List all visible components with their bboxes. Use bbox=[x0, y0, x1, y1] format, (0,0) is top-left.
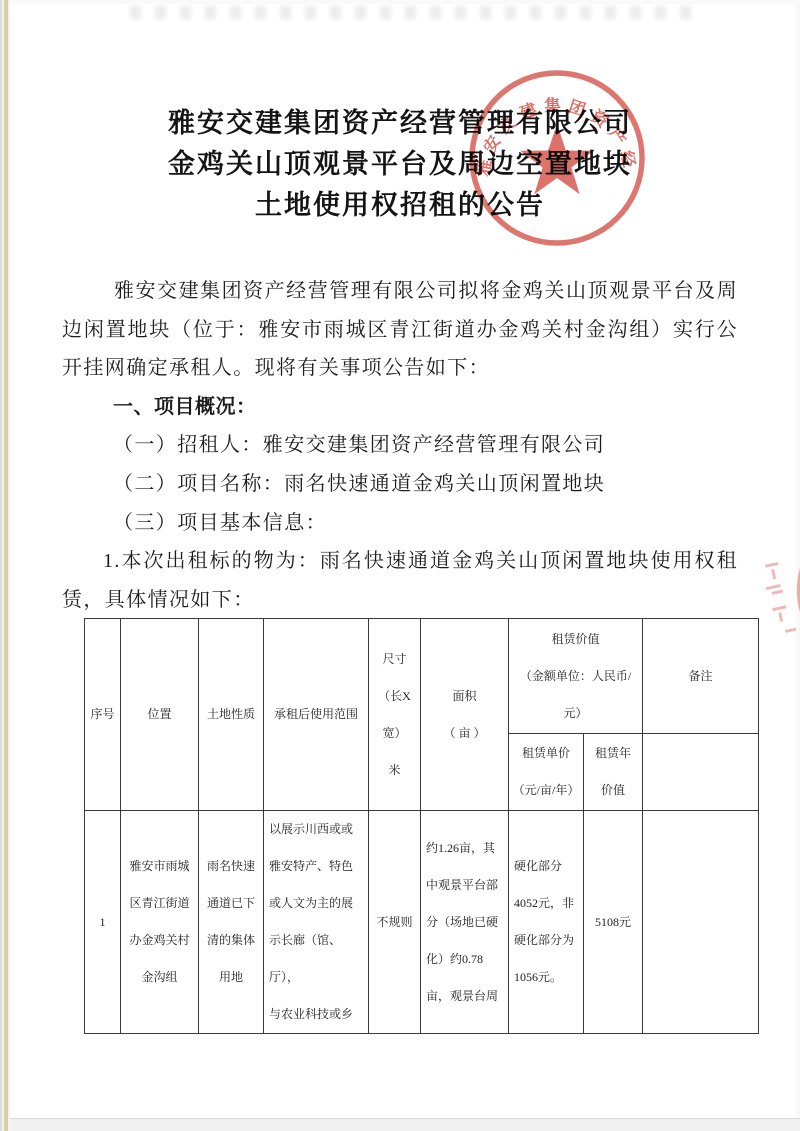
header-remarks: 备注 bbox=[643, 619, 759, 734]
table-row: 1 雅安市雨城 区青江街道 办金鸡关村 金沟组 雨名快速 通道已下 清的集体 用… bbox=[85, 811, 759, 1034]
cell-unit-price: 硬化部分 4052元，非 硬化部分为 1056元。 bbox=[509, 811, 584, 1034]
header-unit-price: 租赁单价 （元/亩/年） bbox=[509, 734, 584, 811]
header-usage-scope: 承租后使用范围 bbox=[264, 619, 369, 811]
cell-dimensions: 不规则 bbox=[369, 811, 421, 1034]
intro-paragraph: 雅安交建集团资产经营管理有限公司拟将金鸡关山顶观景平台及周边闲置地块（位于：雅安… bbox=[62, 272, 738, 388]
cell-annual-value: 5108元 bbox=[584, 811, 643, 1034]
header-area: 面积 （ 亩 ） bbox=[421, 619, 509, 811]
land-info-table: 序号 位置 土地性质 承租后使用范围 尺寸 （长X 宽） 米 面积 （ 亩 ） … bbox=[84, 618, 759, 1034]
document-title: 雅安交建集团资产经营管理有限公司 金鸡关山顶观景平台及周边空置地块 土地使用权招… bbox=[0, 103, 800, 226]
item-basic-info: （三）项目基本信息： bbox=[62, 504, 738, 543]
cell-area: 约1.26亩，其 中观景平台部 分（场地已硬 化）约0.78 亩，观景台周 bbox=[421, 811, 509, 1034]
title-line-1: 雅安交建集团资产经营管理有限公司 bbox=[0, 103, 800, 144]
cell-remarks bbox=[643, 811, 759, 1034]
cell-land-type: 雨名快速 通道已下 清的集体 用地 bbox=[199, 811, 264, 1034]
cell-usage-scope: 以展示川西或或 雅安特产、特色 或人文为主的展 示长廊（馆、厅）， 与农业科技或… bbox=[264, 811, 369, 1034]
title-line-3: 土地使用权招租的公告 bbox=[0, 185, 800, 226]
scan-edge-bottom bbox=[0, 1118, 800, 1131]
header-remarks-lower bbox=[643, 734, 759, 811]
document-body: 雅安交建集团资产经营管理有限公司拟将金鸡关山顶观景平台及周边闲置地块（位于：雅安… bbox=[62, 272, 738, 619]
cell-location: 雅安市雨城 区青江街道 办金鸡关村 金沟组 bbox=[121, 811, 199, 1034]
partial-seal-right-edge bbox=[751, 522, 800, 662]
scan-edge-left bbox=[0, 0, 10, 1131]
cell-seq: 1 bbox=[85, 811, 121, 1034]
header-annual-value: 租赁年 价值 bbox=[584, 734, 643, 811]
header-land-type: 土地性质 bbox=[199, 619, 264, 811]
official-seal: 雅安交建集团资产经营管理有限公司 bbox=[466, 67, 648, 249]
header-seq: 序号 bbox=[85, 619, 121, 811]
header-dimensions: 尺寸 （长X 宽） 米 bbox=[369, 619, 421, 811]
bleed-through-text bbox=[130, 6, 705, 19]
item-rental-subject: 1.本次出租标的物为：雨名快速通道金鸡关山顶闲置地块使用权租赁，具体情况如下： bbox=[62, 542, 738, 619]
item-lessor: （一）招租人：雅安交建集团资产经营管理有限公司 bbox=[62, 426, 738, 465]
header-location: 位置 bbox=[121, 619, 199, 811]
item-project-name: （二）项目名称：雨名快速通道金鸡关山顶闲置地块 bbox=[62, 465, 738, 504]
scanned-announcement-page: { "doc": { "title_lines": [ "雅安交建集团资产经营管… bbox=[0, 0, 800, 1131]
scan-edge-top bbox=[0, 0, 800, 4]
section-1-heading: 一、项目概况： bbox=[62, 388, 738, 427]
seal-star-icon bbox=[520, 124, 594, 194]
header-rental-value-group: 租赁价值 （金额单位：人民币/ 元） bbox=[509, 619, 643, 734]
title-line-2: 金鸡关山顶观景平台及周边空置地块 bbox=[0, 144, 800, 185]
